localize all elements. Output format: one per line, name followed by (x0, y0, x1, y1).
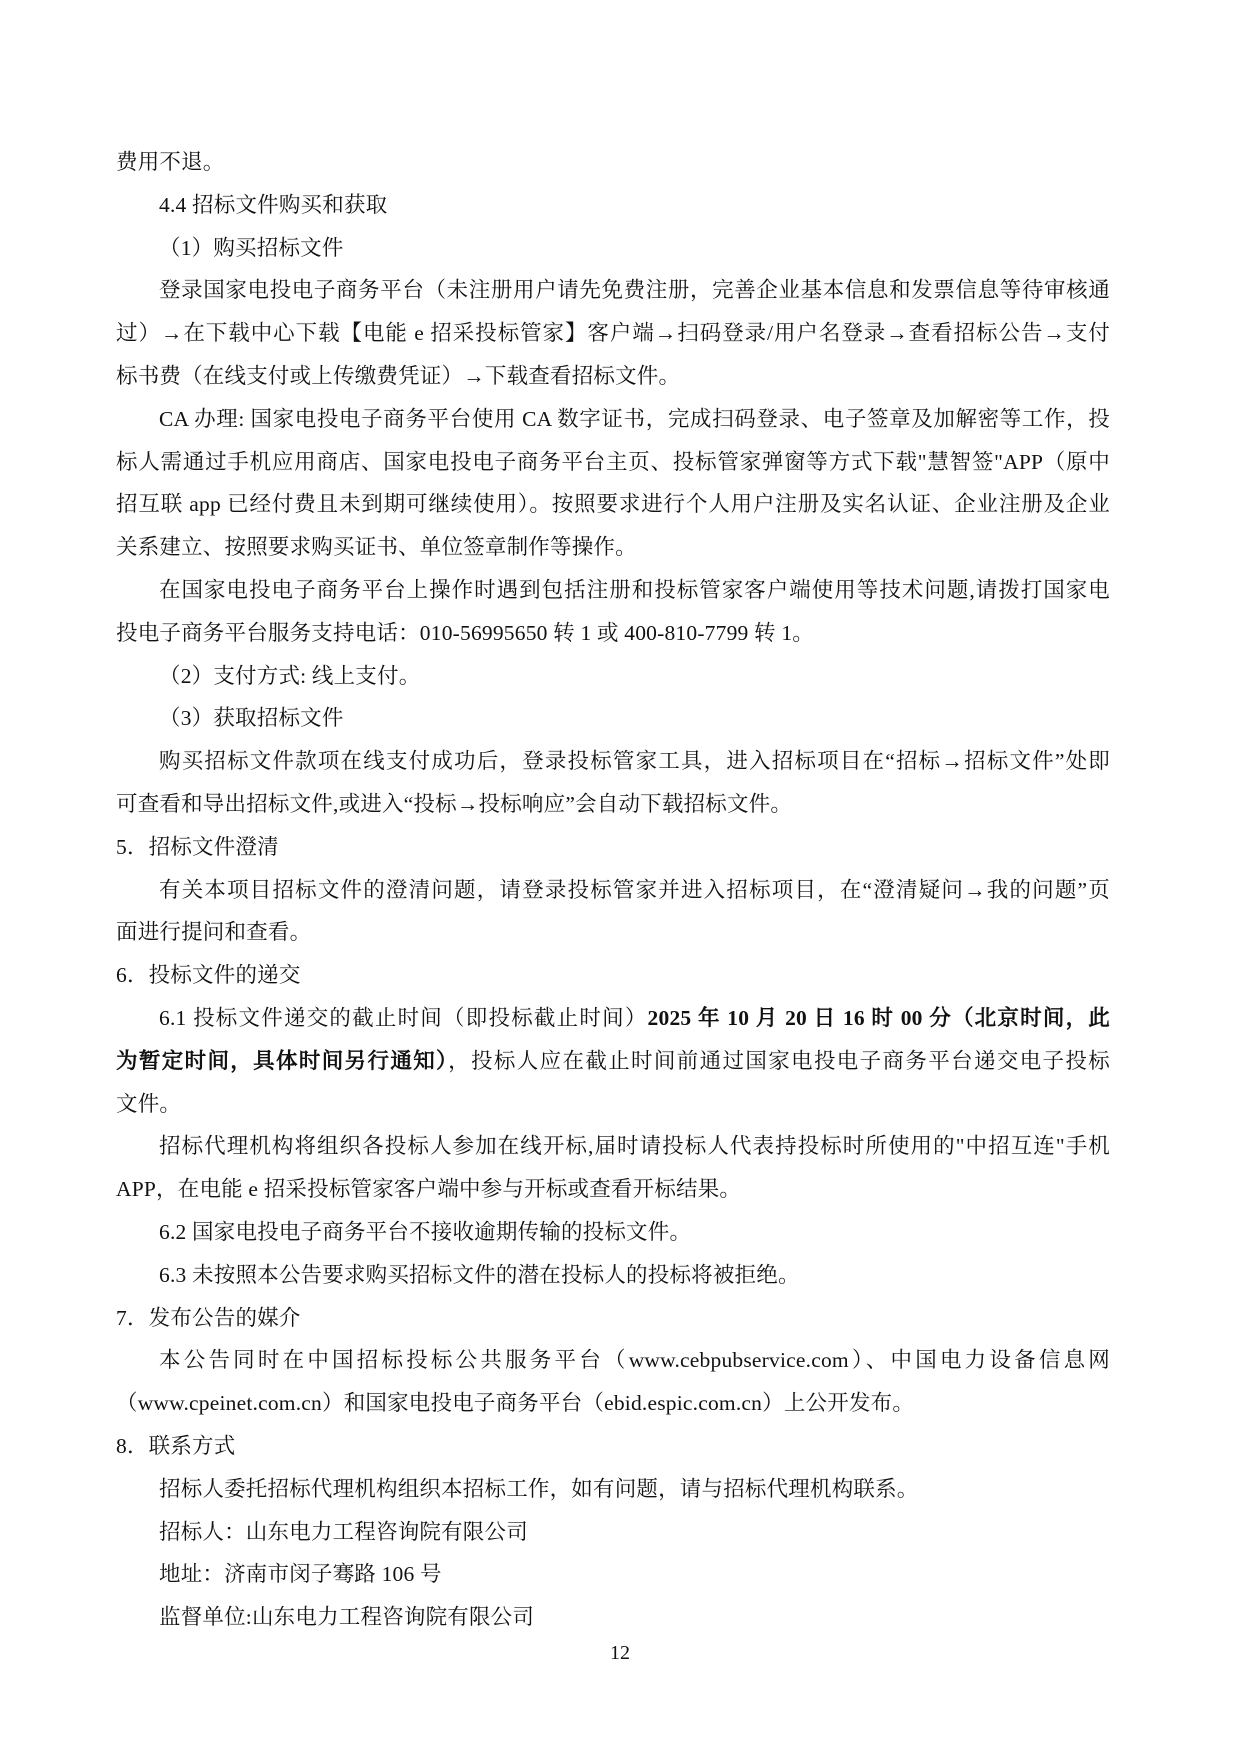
text-run: 监督单位:山东电力工程咨询院有限公司 (159, 1605, 534, 1629)
text-run: 招互联 app 已经付费且未到期可继续使用）。按照要求进行个人用户注册及实名认证… (116, 492, 1110, 516)
text-line-1: 费用不退。 (116, 141, 1110, 184)
text-run: 6.1 投标文件递交的截止时间（即投标截止时间） (159, 1006, 648, 1030)
text-run: 费用不退。 (116, 150, 225, 174)
text-line-9: 招互联 app 已经付费且未到期可继续使用）。按照要求进行个人用户注册及实名认证… (116, 483, 1110, 526)
text-run: 关系建立、按照要求购买证书、单位签章制作等操作。 (116, 535, 637, 559)
text-run: 购买招标文件款项在线支付成功后，登录投标管家工具，进入招标项目在“招标→招标文件… (159, 749, 1110, 773)
text-run: 可查看和导出招标文件,或进入“投标→投标响应”会自动下载招标文件。 (116, 792, 792, 816)
text-line-3: （1）购买招标文件 (116, 227, 1110, 270)
text-run: ，投标人应在截止时间前通过国家电投电子商务平台递交电子投标 (448, 1049, 1110, 1073)
text-line-11: 在国家电投电子商务平台上操作时遇到包括注册和投标管家客户端使用等技术问题,请拨打… (116, 569, 1110, 612)
text-run: 招标人委托招标代理机构组织本招标工作，如有问题，请与招标代理机构联系。 (159, 1477, 919, 1501)
text-run: 8．联系方式 (116, 1434, 235, 1458)
text-line-18: 有关本项目招标文件的澄清问题，请登录投标管家并进入招标项目，在“澄清疑问→我的问… (116, 869, 1110, 912)
text-run: （www.cpeinet.com.cn）和国家电投电子商务平台（ebid.esp… (116, 1391, 914, 1415)
text-run: CA 办理: 国家电投电子商务平台使用 CA 数字证书，完成扫码登录、电子签章及… (159, 407, 1110, 431)
page-number: 12 (0, 1642, 1240, 1664)
text-run: 6.2 国家电投电子商务平台不接收逾期传输的投标文件。 (159, 1220, 691, 1244)
text-run: 7．发布公告的媒介 (116, 1306, 301, 1330)
text-run: 投电子商务平台服务支持电话：010-56995650 转 1 或 400-810… (116, 621, 814, 645)
text-run: 面进行提问和查看。 (116, 920, 311, 944)
text-line-13: （2）支付方式: 线上支付。 (116, 655, 1110, 698)
text-run: 有关本项目招标文件的澄清问题，请登录投标管家并进入招标项目，在“澄清疑问→我的问… (159, 878, 1110, 902)
text-line-28: 7．发布公告的媒介 (116, 1297, 1110, 1340)
text-line-7: CA 办理: 国家电投电子商务平台使用 CA 数字证书，完成扫码登录、电子签章及… (116, 398, 1110, 441)
text-line-15: 购买招标文件款项在线支付成功后，登录投标管家工具，进入招标项目在“招标→招标文件… (116, 740, 1110, 783)
text-run: （1）购买招标文件 (159, 236, 344, 260)
text-line-8: 标人需通过手机应用商店、国家电投电子商务平台主页、投标管家弹窗等方式下载"慧智签… (116, 441, 1110, 484)
text-run: 本公告同时在中国招标投标公共服务平台（www.cebpubservice.com… (159, 1348, 1110, 1372)
text-run: 登录国家电投电子商务平台（未注册用户请先免费注册，完善企业基本信息和发票信息等待… (159, 278, 1110, 302)
text-line-5: 过）→在下载中心下载【电能 e 招采投标管家】客户端→扫码登录/用户名登录→查看… (116, 312, 1110, 355)
text-line-32: 招标人委托招标代理机构组织本招标工作，如有问题，请与招标代理机构联系。 (116, 1468, 1110, 1511)
text-run: 地址：济南市闵子骞路 106 号 (159, 1562, 442, 1586)
text-line-21: 6.1 投标文件递交的截止时间（即投标截止时间）2025 年 10 月 20 日… (116, 997, 1110, 1040)
text-run: 5．招标文件澄清 (116, 835, 279, 859)
text-line-31: 8．联系方式 (116, 1425, 1110, 1468)
text-run: 标人需通过手机应用商店、国家电投电子商务平台主页、投标管家弹窗等方式下载"慧智签… (116, 450, 1110, 474)
bold-text-run: 为暂定时间，具体时间另行通知） (116, 1049, 448, 1073)
text-run: 过）→在下载中心下载【电能 e 招采投标管家】客户端→扫码登录/用户名登录→查看… (116, 321, 1110, 345)
text-line-35: 监督单位:山东电力工程咨询院有限公司 (116, 1596, 1110, 1639)
text-run: 文件。 (116, 1092, 181, 1116)
text-line-26: 6.2 国家电投电子商务平台不接收逾期传输的投标文件。 (116, 1211, 1110, 1254)
text-line-24: 招标代理机构将组织各投标人参加在线开标,届时请投标人代表持投标时所使用的"中招互… (116, 1125, 1110, 1168)
text-run: （2）支付方式: 线上支付。 (159, 664, 420, 688)
text-run: 6.3 未按照本公告要求购买招标文件的潜在投标人的投标将被拒绝。 (159, 1263, 800, 1287)
text-line-27: 6.3 未按照本公告要求购买招标文件的潜在投标人的投标将被拒绝。 (116, 1254, 1110, 1297)
text-run: 标书费（在线支付或上传缴费凭证）→下载查看招标文件。 (116, 364, 680, 388)
text-line-25: APP，在电能 e 招采投标管家客户端中参与开标或查看开标结果。 (116, 1168, 1110, 1211)
text-line-17: 5．招标文件澄清 (116, 826, 1110, 869)
text-line-29: 本公告同时在中国招标投标公共服务平台（www.cebpubservice.com… (116, 1339, 1110, 1382)
document-body: 费用不退。4.4 招标文件购买和获取（1）购买招标文件登录国家电投电子商务平台（… (116, 141, 1110, 1639)
text-line-20: 6．投标文件的递交 (116, 954, 1110, 997)
text-run: （3）获取招标文件 (159, 706, 344, 730)
text-line-16: 可查看和导出招标文件,或进入“投标→投标响应”会自动下载招标文件。 (116, 783, 1110, 826)
document-page: 费用不退。4.4 招标文件购买和获取（1）购买招标文件登录国家电投电子商务平台（… (0, 0, 1240, 1754)
text-line-2: 4.4 招标文件购买和获取 (116, 184, 1110, 227)
text-line-19: 面进行提问和查看。 (116, 911, 1110, 954)
text-line-6: 标书费（在线支付或上传缴费凭证）→下载查看招标文件。 (116, 355, 1110, 398)
text-line-12: 投电子商务平台服务支持电话：010-56995650 转 1 或 400-810… (116, 612, 1110, 655)
text-line-30: （www.cpeinet.com.cn）和国家电投电子商务平台（ebid.esp… (116, 1382, 1110, 1425)
text-run: APP，在电能 e 招采投标管家客户端中参与开标或查看开标结果。 (116, 1177, 741, 1201)
text-line-34: 地址：济南市闵子骞路 106 号 (116, 1553, 1110, 1596)
text-line-23: 文件。 (116, 1083, 1110, 1126)
text-run: 在国家电投电子商务平台上操作时遇到包括注册和投标管家客户端使用等技术问题,请拨打… (159, 578, 1110, 602)
text-run: 6．投标文件的递交 (116, 963, 301, 987)
text-line-10: 关系建立、按照要求购买证书、单位签章制作等操作。 (116, 526, 1110, 569)
text-line-22: 为暂定时间，具体时间另行通知），投标人应在截止时间前通过国家电投电子商务平台递交… (116, 1040, 1110, 1083)
text-line-14: （3）获取招标文件 (116, 697, 1110, 740)
text-line-4: 登录国家电投电子商务平台（未注册用户请先免费注册，完善企业基本信息和发票信息等待… (116, 269, 1110, 312)
bold-text-run: 2025 年 10 月 20 日 16 时 00 分（北京时间，此 (648, 1006, 1110, 1030)
text-line-33: 招标人：山东电力工程咨询院有限公司 (116, 1511, 1110, 1554)
text-run: 招标代理机构将组织各投标人参加在线开标,届时请投标人代表持投标时所使用的"中招互… (159, 1134, 1110, 1158)
text-run: 招标人：山东电力工程咨询院有限公司 (159, 1520, 528, 1544)
text-run: 4.4 招标文件购买和获取 (159, 193, 387, 217)
